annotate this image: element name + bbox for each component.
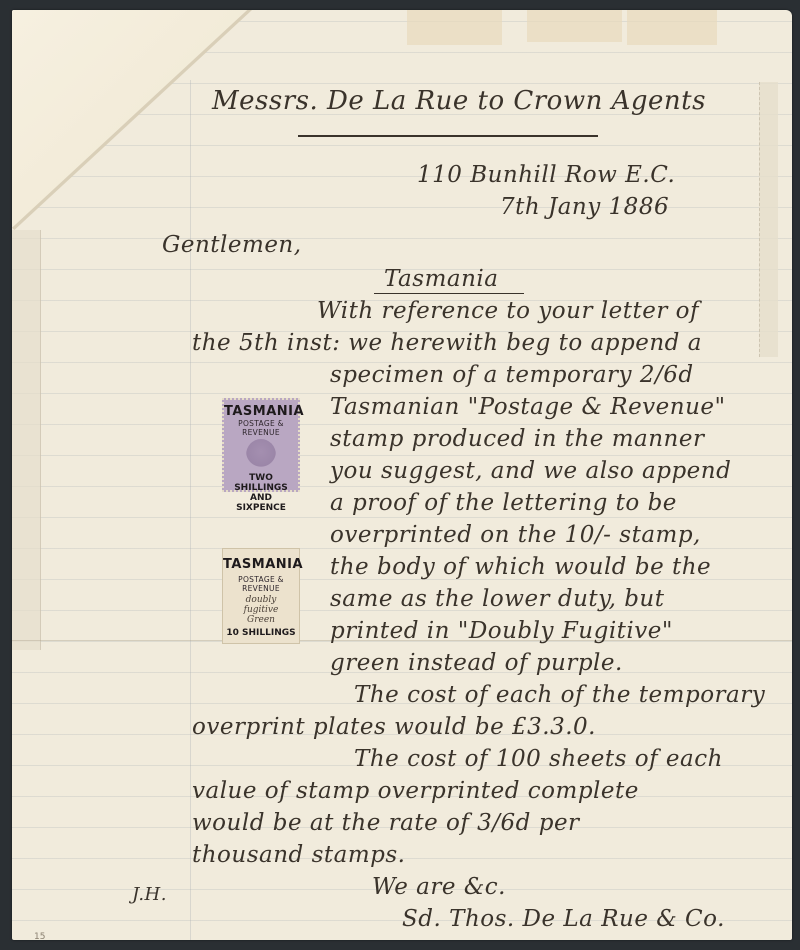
- body-line: green instead of purple.: [330, 650, 623, 676]
- stamp-specimen-2s6d: TASMANIA POSTAGE & REVENUE TWO SHILLINGS…: [222, 398, 300, 492]
- body-line: The cost of each of the temporary: [354, 682, 765, 708]
- header-rule: [298, 135, 598, 137]
- margin-line: [190, 80, 191, 940]
- body-line: a proof of the lettering to be: [330, 490, 677, 516]
- body-line: The cost of 100 sheets of each: [354, 746, 723, 772]
- stamp-value: AND SIXPENCE: [224, 493, 298, 513]
- paper-repair-strip: [12, 230, 41, 650]
- body-line: you suggest, and we also append: [330, 458, 731, 484]
- paper-repair-strip: [759, 82, 778, 357]
- closing: We are &c.: [372, 874, 506, 900]
- page-mark: 15: [34, 932, 45, 940]
- letter-page: Messrs. De La Rue to Crown Agents 110 Bu…: [12, 10, 792, 940]
- queen-portrait-icon: [246, 439, 276, 471]
- date: 7th Jany 1886: [500, 194, 669, 220]
- body-line: same as the lower duty, but: [330, 586, 664, 612]
- body-line: the body of which would be the: [330, 554, 711, 580]
- subject: Tasmania: [384, 266, 498, 292]
- tape-strip: [627, 10, 717, 45]
- address: 110 Bunhill Row E.C.: [417, 162, 675, 188]
- subject-underline: [374, 293, 524, 294]
- tape-strip: [527, 10, 622, 42]
- stamp-subtitle: POSTAGE & REVENUE: [224, 419, 298, 437]
- body-line: value of stamp overprinted complete: [192, 778, 639, 804]
- signature: Sd. Thos. De La Rue & Co.: [402, 906, 725, 932]
- body-line: thousand stamps.: [192, 842, 405, 868]
- body-line: Tasmanian "Postage & Revenue": [330, 394, 726, 420]
- stamp-value: TWO SHILLINGS: [224, 473, 298, 493]
- tape-strip: [407, 10, 502, 45]
- stamp-subtitle: POSTAGE & REVENUE: [223, 575, 299, 593]
- stamp-value: 10 SHILLINGS: [223, 628, 299, 638]
- stamp-handwritten-note: fugitive: [223, 605, 299, 615]
- body-line: printed in "Doubly Fugitive": [330, 618, 673, 644]
- body-line: With reference to your letter of: [317, 298, 699, 324]
- body-line: stamp produced in the manner: [330, 426, 704, 452]
- stamp-country: TASMANIA: [224, 404, 298, 419]
- stamp-handwritten-note: doubly: [223, 595, 299, 605]
- stamp-proof-10s: TASMANIA POSTAGE & REVENUE doubly fugiti…: [222, 548, 300, 644]
- body-line: overprint plates would be £3.3.0.: [192, 714, 596, 740]
- body-line: would be at the rate of 3/6d per: [192, 810, 580, 836]
- letter-header: Messrs. De La Rue to Crown Agents: [212, 86, 706, 116]
- body-line: the 5th inst: we herewith beg to append …: [192, 330, 702, 356]
- margin-initials: J.H.: [132, 884, 167, 905]
- stamp-country: TASMANIA: [223, 557, 299, 572]
- body-line: specimen of a temporary 2/6d: [330, 362, 694, 388]
- body-line: overprinted on the 10/- stamp,: [330, 522, 701, 548]
- stamp-handwritten-note: Green: [223, 615, 299, 625]
- salutation: Gentlemen,: [162, 232, 302, 258]
